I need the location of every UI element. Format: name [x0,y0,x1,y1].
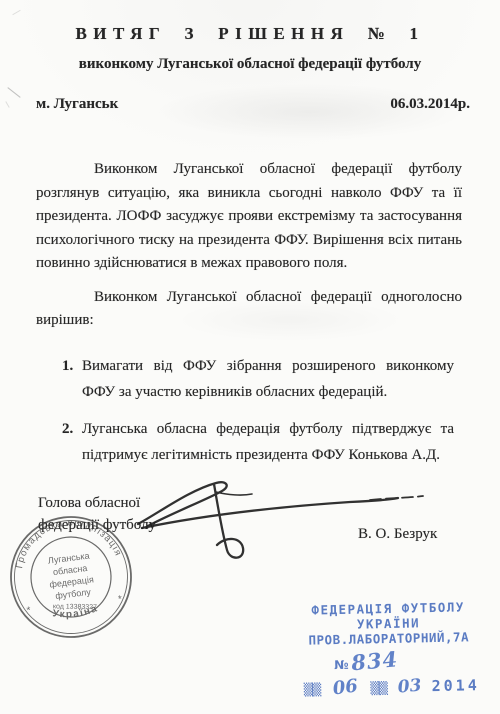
document-body: Виконком Луганської обласної федерації ф… [36,158,462,468]
stamp-date-row: ▒▒ 06 ▒▒ 03 2014 [294,674,486,699]
list-item-text: Вимагати від ФФУ зібрання розширеного ви… [82,353,462,405]
list-item-text: Луганська обласна федерація футболу підт… [82,416,462,468]
list-item-number: 1. [62,353,82,405]
numero-icon: № [334,658,349,672]
scan-artifact [5,101,9,108]
stamp-code-line: код 13383327 [53,603,97,611]
stamp-number-row: № 834 [293,646,485,674]
city-label: м. Луганськ [36,96,118,113]
handwritten-signature [130,462,430,572]
incoming-registration-stamp: ФЕДЕРАЦІЯ ФУТБОЛУ УКРАЇНИ ПРОВ.ЛАБОРАТОР… [292,599,486,699]
handwritten-day: 06 [332,675,359,699]
list-item-number: 2. [62,416,82,468]
stamp-year: 2014 [431,676,479,695]
stamp-separator: * [117,594,122,605]
list-item: 2. Луганська обласна федерація футболу п… [36,416,462,468]
decision-list: 1. Вимагати від ФФУ зібрання розширеного… [36,353,462,468]
scanned-document-page: ВИТЯГ З РІШЕННЯ № 1 виконкому Луганської… [0,0,500,714]
document-subtitle: виконкому Луганської обласної федерації … [0,56,500,73]
document-title: ВИТЯГ З РІШЕННЯ № 1 [0,24,500,44]
stamp-box-icon: ▒▒ [304,682,321,696]
date-label: 06.03.2014р. [390,96,470,113]
stamp-inner-line: футболу [55,587,92,601]
handwritten-number: 834 [351,646,400,675]
round-stamp: Громадська організація Україна * * Луган… [6,512,136,642]
meta-row: м. Луганськ 06.03.2014р. [36,96,470,113]
list-item: 1. Вимагати від ФФУ зібрання розширеного… [36,353,462,405]
paragraph-situation: Виконком Луганської обласної федерації ф… [36,158,462,276]
handwritten-month: 03 [397,676,422,698]
stamp-separator: * [26,605,31,616]
paragraph-decision-intro: Виконком Луганської обласної федерації о… [36,286,462,333]
scan-artifact [7,87,20,98]
scan-artifact [12,10,20,15]
stamp-box-icon: ▒▒ [370,681,387,695]
